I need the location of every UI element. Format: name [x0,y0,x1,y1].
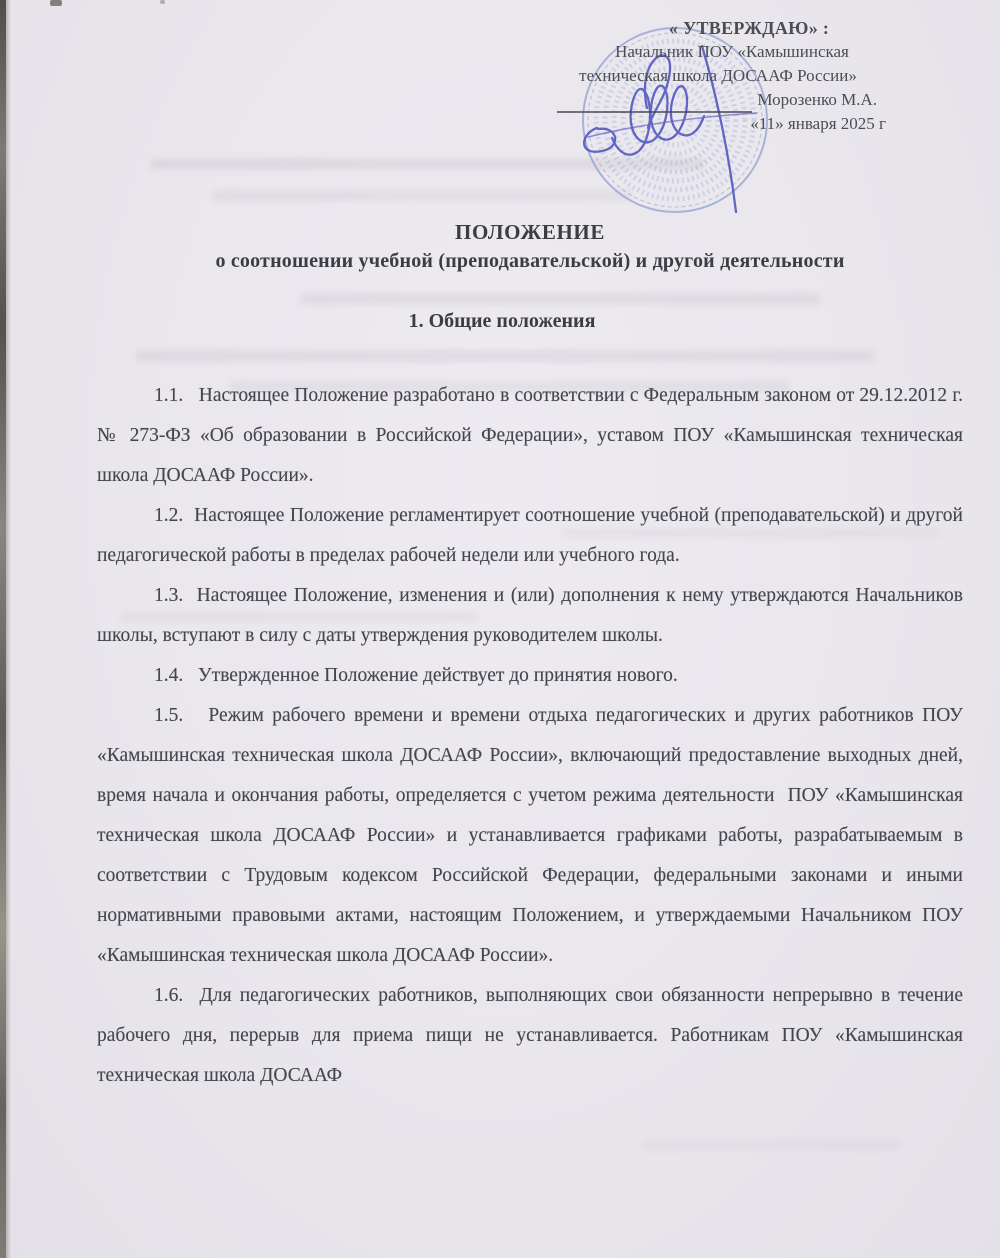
paragraph-1-4: 1.4. Утвержденное Положение действует до… [97,656,963,696]
approval-heading: « УТВЕРЖДАЮ» : [545,16,891,40]
section-heading: 1. Общие положения [97,310,907,333]
signer-name: Морозенко М.А. [545,88,891,112]
paragraph-1-1: 1.1. Настоящее Положение разработано в с… [97,376,963,496]
paragraph-1-6: 1.6. Для педагогических работников, выпо… [97,976,963,1096]
scanned-document-page: « УТВЕРЖДАЮ» : Начальник ПОУ «Камышинска… [0,0,1000,1258]
paragraph-1-3: 1.3. Настоящее Положение, изменения и (и… [97,576,963,656]
document-body: 1.1. Настоящее Положение разработано в с… [97,376,963,1096]
approval-block: « УТВЕРЖДАЮ» : Начальник ПОУ «Камышинска… [545,16,891,136]
approval-org-line-1: Начальник ПОУ «Камышинская [545,40,891,64]
scan-edge-shadow [6,0,11,1258]
bleed-through-line [640,1140,900,1150]
bleed-through-line [135,350,875,362]
paragraph-1-5: 1.5. Режим рабочего времени и времени от… [97,696,963,976]
document-title: ПОЛОЖЕНИЕ [97,220,963,245]
bleed-through-line [300,293,820,305]
scan-speck [160,0,165,4]
document-subtitle: о соотношении учебной (преподавательской… [60,250,1000,273]
scan-speck [50,0,62,6]
paragraph-1-2: 1.2. Настоящее Положение регламентирует … [97,496,963,576]
approval-date: «11» января 2025 г [545,112,891,136]
approval-org-line-2: техническая школа ДОСААФ России» [545,64,891,88]
